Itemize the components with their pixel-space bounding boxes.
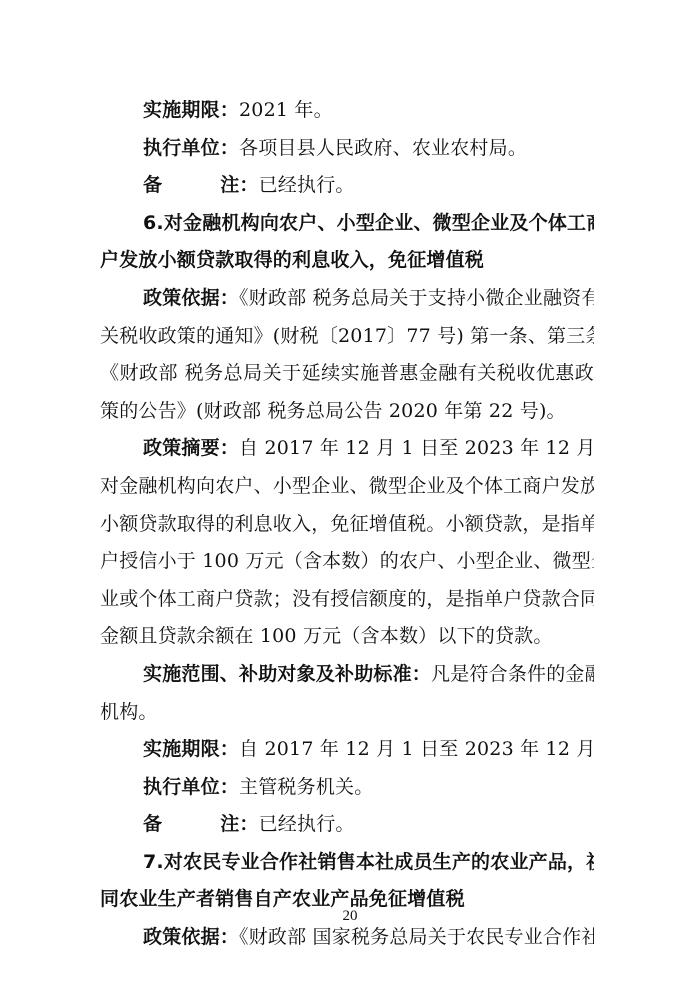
field-label: 注：	[220, 174, 258, 196]
field-label: 执行单位：	[143, 776, 239, 798]
scope-text: 机构。	[100, 694, 594, 732]
field-label: 政策摘要：	[143, 437, 239, 459]
field-label: 实施期限：	[143, 738, 239, 760]
policy-summary-text: 户授信小于 100 万元（含本数）的农户、小型企业、微型企	[100, 543, 594, 581]
field-label: 政策依据：	[143, 926, 239, 948]
policy-summary-text: 对金融机构向农户、小型企业、微型企业及个体工商户发放	[100, 468, 594, 506]
field-label: 实施期限：	[143, 99, 239, 121]
field-label: 注：	[220, 813, 258, 835]
scope-line: 实施范围、补助对象及补助标准：凡是符合条件的金融	[100, 656, 594, 694]
section-7-heading: 7.对农民专业合作社销售本社成员生产的农业产品，视	[100, 844, 594, 882]
field-value: 凡是符合条件的金融	[431, 663, 594, 685]
field-value: 自 2017 年 12 月 1 日至 2023 年 12 月 31 日，	[239, 437, 594, 459]
executing-unit-line: 执行单位：主管税务机关。	[100, 769, 594, 807]
policy-basis-text: 策的公告》(财政部 税务总局公告 2020 年第 22 号)。	[100, 393, 594, 431]
field-value: 自 2017 年 12 月 1 日至 2023 年 12 月 31 日。	[239, 738, 594, 760]
field-label: 备	[143, 174, 162, 196]
executing-unit-line: 执行单位：各项目县人民政府、农业农村局。	[100, 130, 594, 168]
policy-summary-line: 政策摘要：自 2017 年 12 月 1 日至 2023 年 12 月 31 日…	[100, 430, 594, 468]
field-label: 政策依据：	[143, 287, 239, 309]
field-value: 已经执行。	[259, 174, 355, 196]
field-value: 已经执行。	[259, 813, 355, 835]
field-value: 2021 年。	[239, 99, 333, 121]
policy-basis-text: 关税收政策的通知》(财税〔2017〕77 号) 第一条、第三条；	[100, 318, 594, 356]
field-value: 《财政部 国家税务总局关于农民专业合作社	[239, 926, 594, 948]
implementation-period-line: 实施期限：2021 年。	[100, 92, 594, 130]
section-6-heading-cont: 户发放小额贷款取得的利息收入，免征增值税	[100, 242, 594, 280]
field-label: 实施范围、补助对象及补助标准：	[143, 663, 431, 685]
policy-summary-text: 小额贷款取得的利息收入，免征增值税。小额贷款，是指单	[100, 506, 594, 544]
policy-summary-text: 业或个体工商户贷款；没有授信额度的，是指单户贷款合同	[100, 581, 594, 619]
field-label: 备	[143, 813, 162, 835]
field-value: 主管税务机关。	[239, 776, 373, 798]
implementation-period-line: 实施期限：自 2017 年 12 月 1 日至 2023 年 12 月 31 日…	[100, 731, 594, 769]
section-6-heading: 6.对金融机构向农户、小型企业、微型企业及个体工商	[100, 205, 594, 243]
document-page: 实施期限：2021 年。 执行单位：各项目县人民政府、农业农村局。 备注：已经执…	[0, 0, 700, 990]
field-value: 《财政部 税务总局关于支持小微企业融资有	[239, 287, 594, 309]
page-body: 实施期限：2021 年。 执行单位：各项目县人民政府、农业农村局。 备注：已经执…	[100, 92, 594, 957]
page-number: 20	[0, 908, 700, 925]
field-value: 各项目县人民政府、农业农村局。	[239, 137, 527, 159]
policy-summary-text: 金额且贷款余额在 100 万元（含本数）以下的贷款。	[100, 618, 594, 656]
remarks-line: 备注：已经执行。	[100, 167, 594, 205]
policy-basis-text: 《财政部 税务总局关于延续实施普惠金融有关税收优惠政	[100, 355, 594, 393]
policy-basis-line: 政策依据：《财政部 税务总局关于支持小微企业融资有	[100, 280, 594, 318]
field-label: 执行单位：	[143, 137, 239, 159]
remarks-line: 备注：已经执行。	[100, 806, 594, 844]
